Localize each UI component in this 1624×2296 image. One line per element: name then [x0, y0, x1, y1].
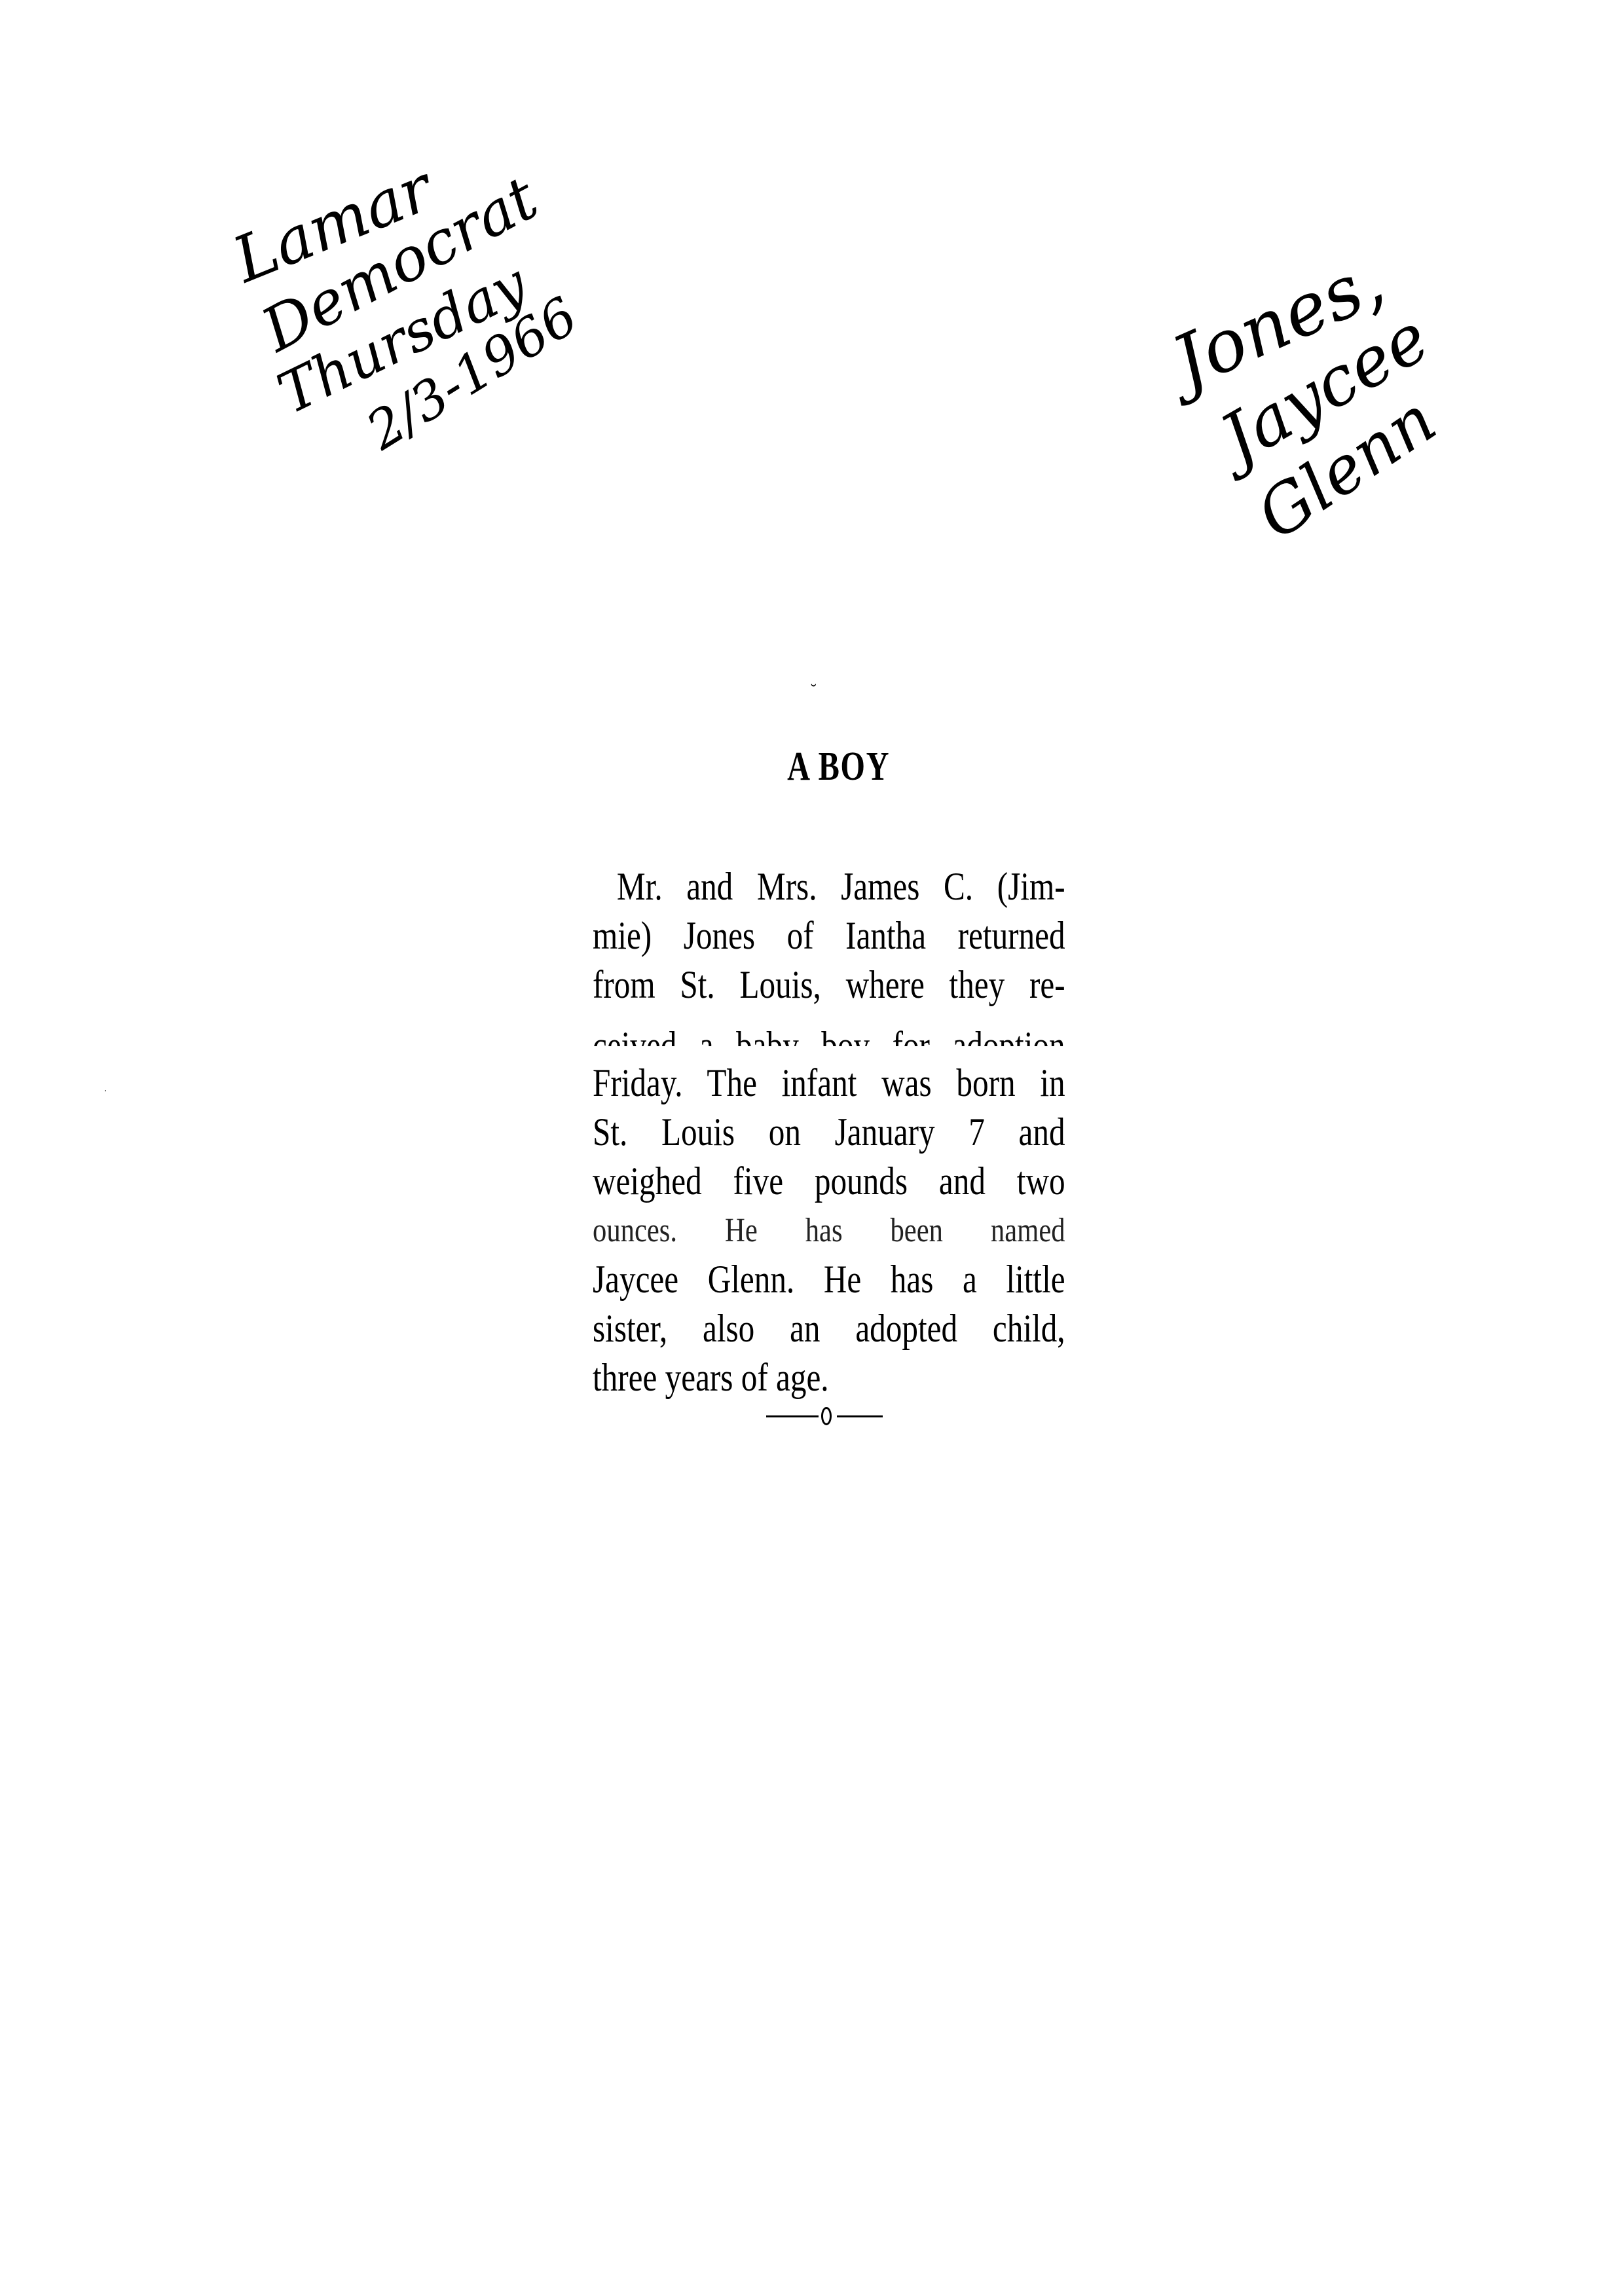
- newspaper-clipping: A BOY Mr. and Mrs. James C. (Jim- mie) J…: [593, 746, 1064, 1426]
- handwritten-source-note: Lamar Democrat Thursday 2/3-1966: [236, 203, 629, 465]
- article-line: from St. Louis, where they re-: [593, 960, 1065, 1010]
- article-line: St. Louis on January 7 and: [593, 1108, 1065, 1157]
- clipping-top-mark: ˘: [811, 682, 817, 699]
- article-line-partially-cut: ceived a baby boy for adoption: [593, 1010, 1065, 1046]
- article-line: Friday. The infant was born in: [593, 1059, 1065, 1108]
- article-line: Jaycee Glenn. He has a little: [593, 1255, 1065, 1304]
- scan-speck: [105, 1090, 106, 1091]
- divider-ring-icon: [821, 1407, 832, 1425]
- clipping-headline: A BOY: [644, 746, 1012, 787]
- divider-rule-right: [837, 1415, 883, 1417]
- article-line: mie) Jones of Iantha returned: [593, 911, 1065, 960]
- article-line: sister, also an adopted child,: [593, 1304, 1065, 1353]
- article-line: Mr. and Mrs. James C. (Jim-: [593, 862, 1065, 911]
- end-of-item-divider: [766, 1406, 897, 1426]
- article-line-text: ceived a baby boy for adoption: [593, 1021, 1065, 1046]
- article-line-faded: ounces. He has been named: [593, 1206, 1065, 1255]
- handwritten-name-note: Jones, Jaycee Glenn: [1172, 275, 1539, 550]
- article-line: three years of age.: [593, 1353, 1065, 1402]
- article-line: weighed five pounds and two: [593, 1157, 1065, 1206]
- divider-rule-left: [766, 1415, 819, 1417]
